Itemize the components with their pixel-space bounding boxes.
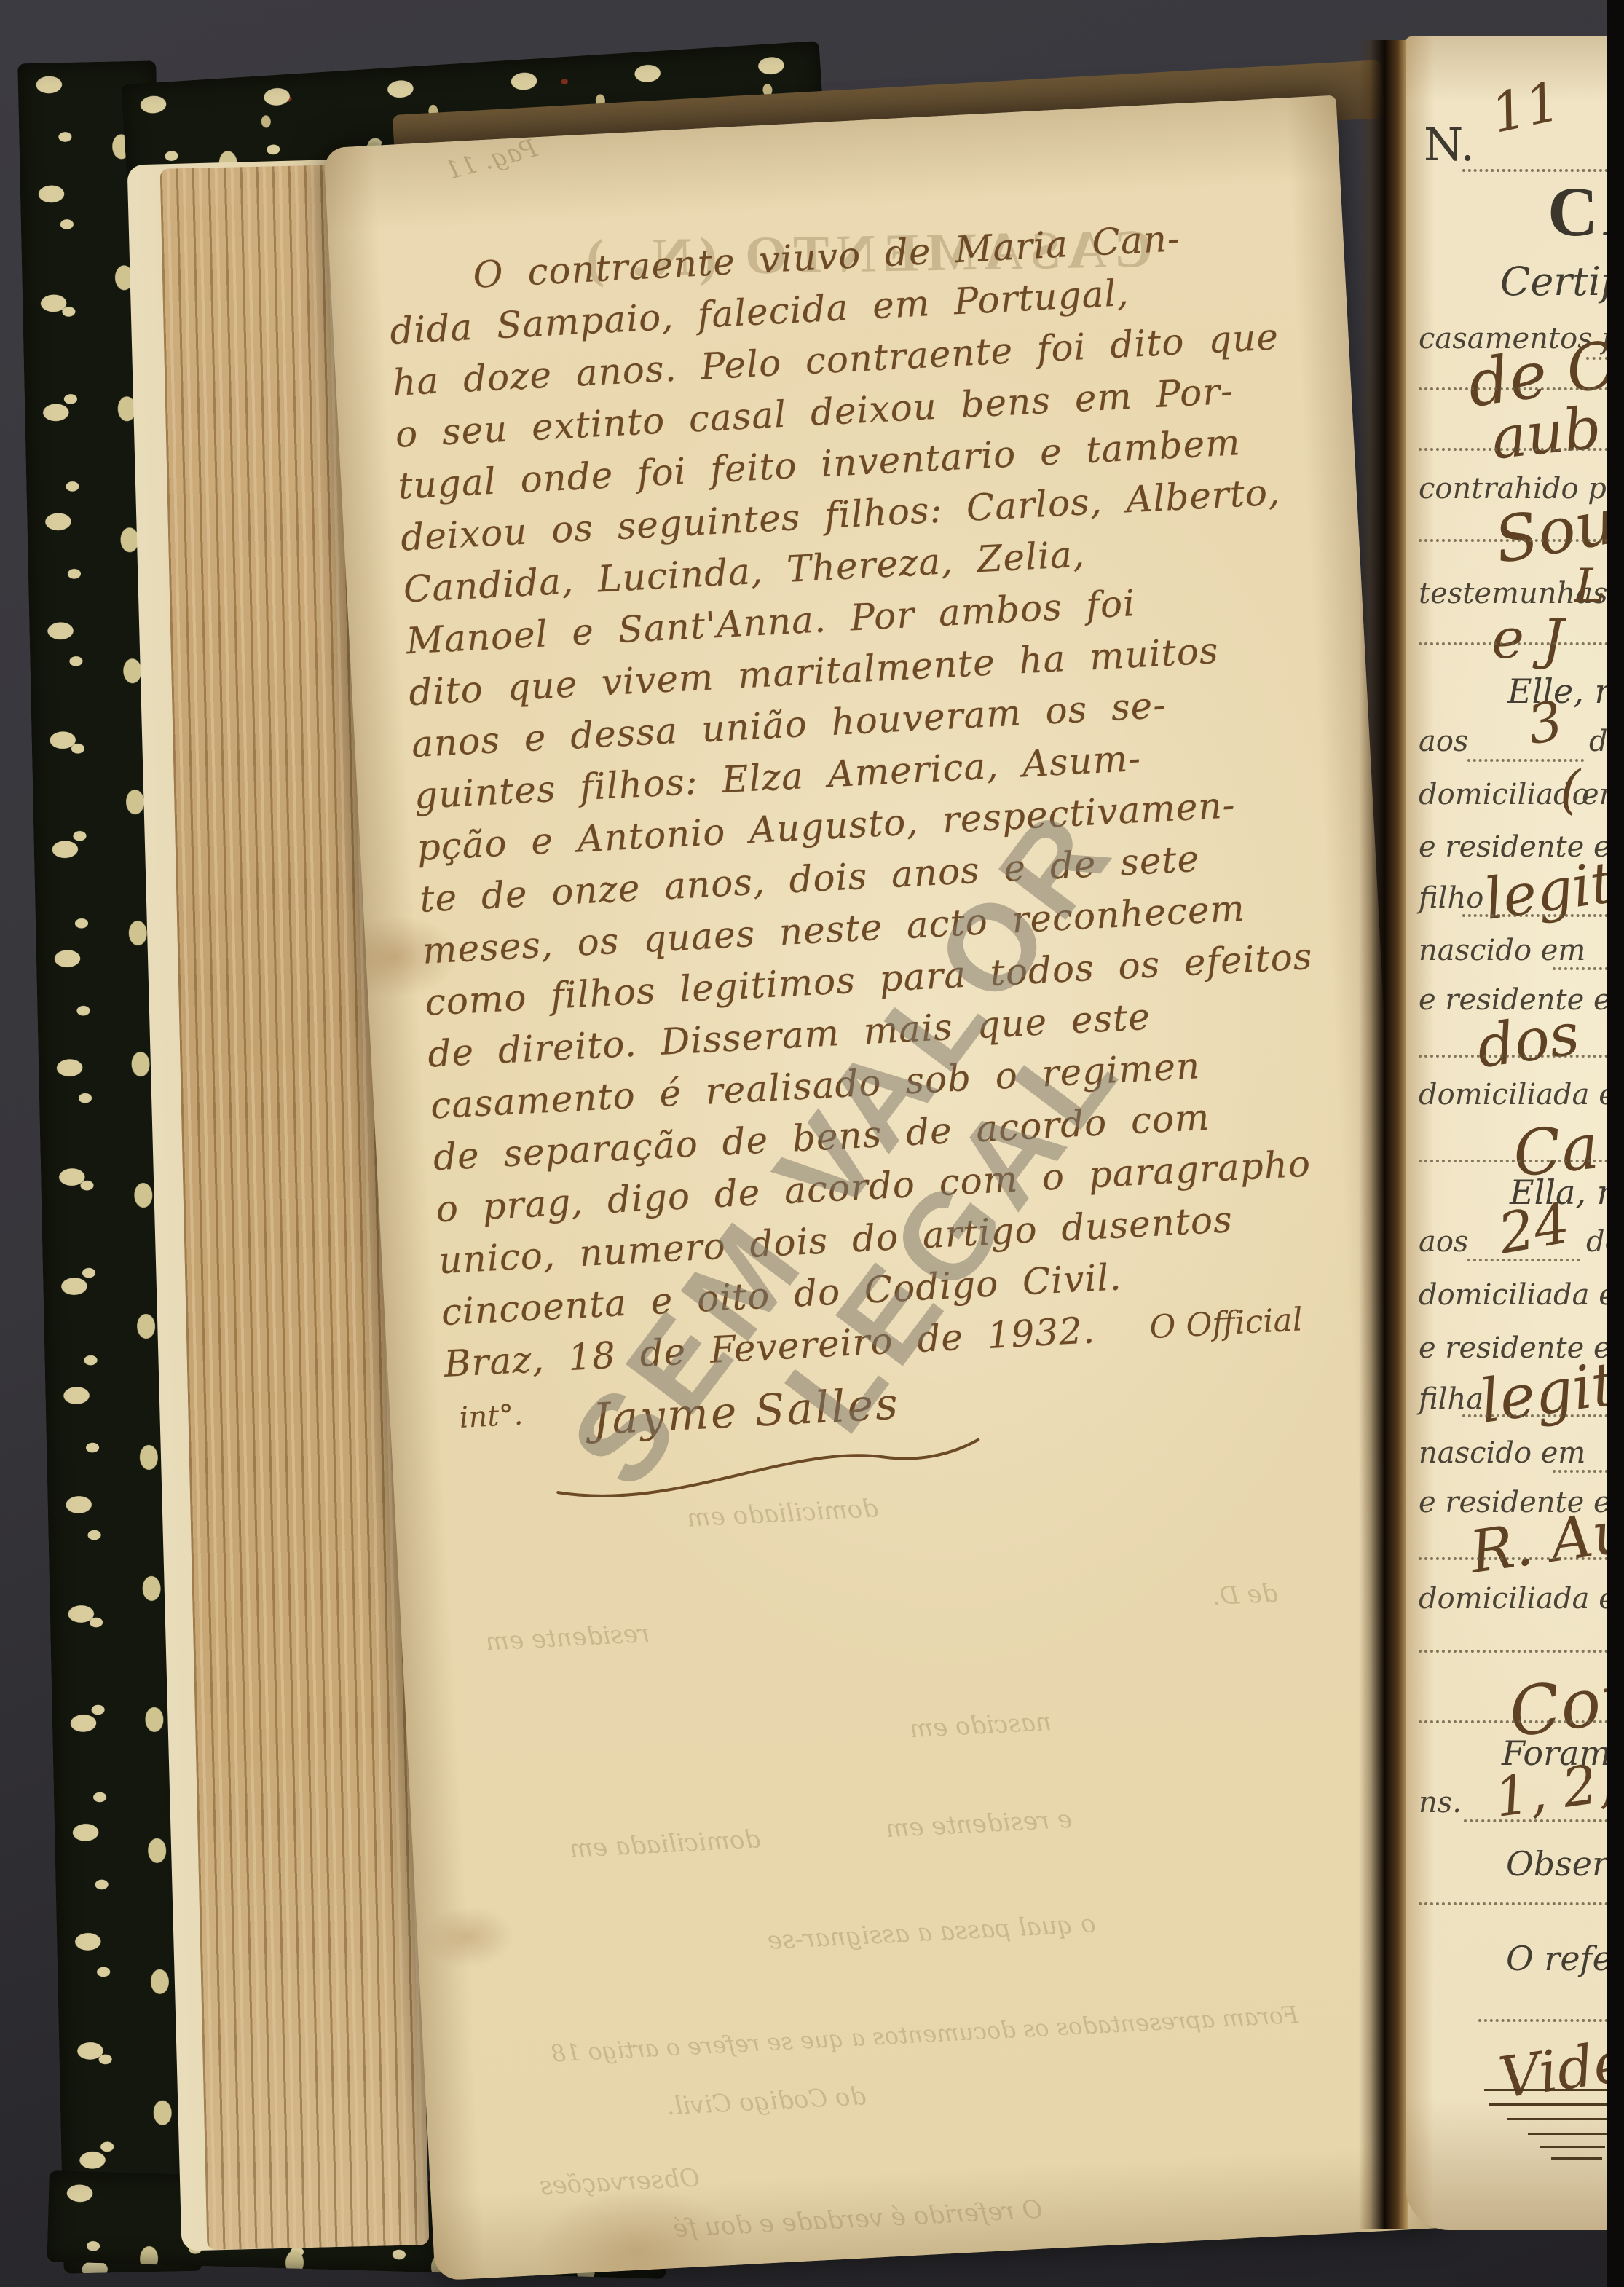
- bleedthrough-form-line: e residente em: [885, 1805, 1073, 1843]
- bleedthrough-form-line: o qual passa a assignar-se: [767, 1909, 1097, 1956]
- bleedthrough-page-number: Pag. 11: [442, 133, 540, 186]
- certify-label: Certifico: [1500, 259, 1608, 304]
- pen-stroke: [1528, 2133, 1608, 2135]
- scanned-registry-photo: Pag. 11 CASAMENTO (N. ) O contraente viu…: [0, 0, 1624, 2287]
- filho-label: filho: [1419, 881, 1483, 915]
- bleedthrough-form-line: domiciliada em: [569, 1825, 761, 1864]
- observacoes-label: Observa: [1506, 1844, 1608, 1883]
- de-label: de: [1589, 725, 1608, 758]
- photo-right-edge: [1607, 0, 1624, 2287]
- pen-stroke: [1540, 2146, 1605, 2148]
- bleedthrough-form-line: nascido em: [909, 1707, 1052, 1744]
- filha-label: filha: [1419, 1382, 1483, 1416]
- interim-abbreviation: int°.: [459, 1398, 524, 1436]
- ns-label: ns.: [1419, 1786, 1462, 1819]
- bleedthrough-form-line: O referido é verdade e dou fé: [672, 2195, 1043, 2244]
- record-number-value: 11: [1486, 70, 1566, 146]
- handwritten-vide-note: Vide—: [1495, 2021, 1608, 2111]
- bleedthrough-form-line: do Codigo Civil.: [666, 2082, 867, 2121]
- left-page: Pag. 11 CASAMENTO (N. ) O contraente viu…: [323, 95, 1448, 2281]
- bleedthrough-form-line: residente em: [485, 1619, 650, 1657]
- pen-stroke: [1551, 2157, 1602, 2160]
- pen-stroke: [1489, 2103, 1608, 2106]
- handwritten-address-fragment: dos: [1473, 1000, 1583, 1082]
- bleedthrough-form-line: de D.: [1212, 1579, 1279, 1612]
- page-title-partial: CA: [1548, 171, 1608, 252]
- pen-stroke: [1507, 2118, 1608, 2120]
- de-label: de: [1586, 1225, 1608, 1259]
- domiciliada-label: domiciliada em: [1419, 1582, 1608, 1615]
- handwritten-witness-fragment: e J: [1491, 606, 1564, 671]
- nascido-label: nascido em: [1419, 1436, 1585, 1470]
- em-label: em: [1582, 778, 1608, 811]
- handwritten-witness-fragment: La: [1574, 559, 1608, 613]
- handwritten-day-bride: 24: [1494, 1190, 1574, 1266]
- official-title-text: O Official: [1148, 1294, 1304, 1353]
- pen-stroke: [1484, 2089, 1608, 2091]
- domiciliada-label: domiciliada em: [1419, 1278, 1608, 1312]
- o-referido-label: O refer: [1506, 1939, 1608, 1978]
- aos-label: aos: [1419, 1225, 1468, 1259]
- domiciliada-label: domiciliada em: [1419, 1078, 1608, 1111]
- nascido-label: nascido em: [1419, 934, 1585, 967]
- book-gutter-shadow: [1359, 40, 1408, 2229]
- record-number-label: N.: [1424, 118, 1475, 171]
- aos-label: aos: [1419, 725, 1468, 758]
- bleedthrough-form-line: Foram apresentados os documentos a que s…: [551, 2001, 1299, 2068]
- handwritten-name-fragment: aub: [1489, 393, 1604, 472]
- handwritten-paren-stroke: (: [1560, 759, 1580, 820]
- bleedthrough-form-line: Observações: [539, 2163, 701, 2200]
- right-page: N. 11 CA Certifico casamentos foi de Oli…: [1406, 36, 1608, 2230]
